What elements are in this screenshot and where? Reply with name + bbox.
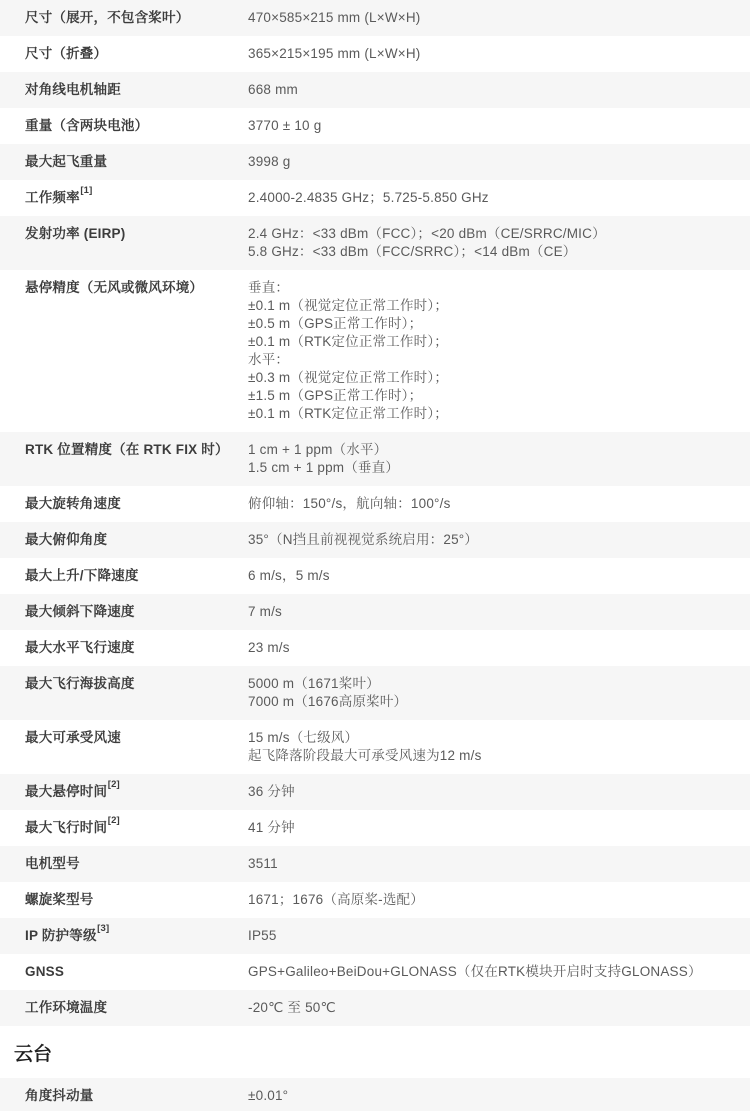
spec-label-cell: 最大飞行时间[2] — [25, 819, 248, 837]
spec-label-cell: 最大可承受风速 — [25, 729, 248, 747]
spec-row: 电机型号3511 — [0, 846, 750, 882]
spec-table-gimbal-specs: 角度抖动量±0.01° — [0, 1078, 750, 1111]
spec-label-cell: 尺寸（展开，不包含桨叶） — [25, 9, 248, 27]
spec-label-cell: 工作频率[1] — [25, 189, 248, 207]
spec-label-cell: RTK 位置精度（在 RTK FIX 时） — [25, 441, 248, 459]
spec-value-cell: 15 m/s（七级风）起飞降落阶段最大可承受风速为12 m/s — [248, 729, 725, 765]
spec-value-line: ±0.5 m（GPS正常工作时）； — [248, 315, 725, 333]
spec-value-line: 2.4 GHz：<33 dBm（FCC）；<20 dBm（CE/SRRC/MIC… — [248, 225, 725, 243]
spec-value-line: 7 m/s — [248, 603, 725, 621]
spec-label: 电机型号 — [25, 856, 80, 871]
spec-value-cell: 2.4 GHz：<33 dBm（FCC）；<20 dBm（CE/SRRC/MIC… — [248, 225, 725, 261]
spec-value-line: 3770 ± 10 g — [248, 117, 725, 135]
spec-label: 发射功率 (EIRP) — [25, 226, 125, 241]
spec-value-cell: -20℃ 至 50℃ — [248, 999, 725, 1017]
spec-label: 最大水平飞行速度 — [25, 640, 135, 655]
spec-value-line: 36 分钟 — [248, 783, 725, 801]
spec-label: 悬停精度（无风或微风环境） — [25, 280, 203, 295]
spec-label-cell: IP 防护等级[3] — [25, 927, 248, 945]
spec-value-line: ±0.1 m（视觉定位正常工作时）； — [248, 297, 725, 315]
spec-value-line: 1 cm + 1 ppm（水平） — [248, 441, 725, 459]
spec-label-cell: 最大上升/下降速度 — [25, 567, 248, 585]
spec-value-line: IP55 — [248, 927, 725, 945]
spec-table-aircraft-specs: 尺寸（展开，不包含桨叶）470×585×215 mm (L×W×H)尺寸（折叠）… — [0, 0, 750, 1026]
spec-value-cell: 3998 g — [248, 153, 725, 171]
spec-value-line: 1.5 cm + 1 ppm（垂直） — [248, 459, 725, 477]
spec-label: 最大悬停时间 — [25, 784, 107, 799]
spec-row: 重量（含两块电池）3770 ± 10 g — [0, 108, 750, 144]
spec-value-cell: 1671；1676（高原桨-选配） — [248, 891, 725, 909]
spec-label: 螺旋桨型号 — [25, 892, 94, 907]
spec-label-cell: 最大悬停时间[2] — [25, 783, 248, 801]
spec-value-line: 水平： — [248, 351, 725, 369]
spec-value-cell: IP55 — [248, 927, 725, 945]
spec-value-line: 起飞降落阶段最大可承受风速为12 m/s — [248, 747, 725, 765]
spec-value-line: 23 m/s — [248, 639, 725, 657]
spec-label-cell: 螺旋桨型号 — [25, 891, 248, 909]
spec-value-line: 15 m/s（七级风） — [248, 729, 725, 747]
spec-value-line: 1671；1676（高原桨-选配） — [248, 891, 725, 909]
spec-value-line: -20℃ 至 50℃ — [248, 999, 725, 1017]
spec-value-cell: 俯仰轴：150°/s，航向轴：100°/s — [248, 495, 725, 513]
spec-row: 悬停精度（无风或微风环境）垂直：±0.1 m（视觉定位正常工作时）；±0.5 m… — [0, 270, 750, 432]
spec-value-line: 365×215×195 mm (L×W×H) — [248, 45, 725, 63]
spec-label-cell: 工作环境温度 — [25, 999, 248, 1017]
spec-value-line: 35°（N挡且前视视觉系统启用：25°） — [248, 531, 725, 549]
spec-label: IP 防护等级 — [25, 928, 97, 943]
spec-label: 最大旋转角速度 — [25, 496, 121, 511]
spec-value-cell: GPS+Galileo+BeiDou+GLONASS（仅在RTK模块开启时支持G… — [248, 963, 725, 981]
spec-value-cell: 垂直：±0.1 m（视觉定位正常工作时）；±0.5 m（GPS正常工作时）；±0… — [248, 279, 725, 423]
spec-value-cell: 7 m/s — [248, 603, 725, 621]
spec-label: 重量（含两块电池） — [25, 118, 148, 133]
spec-row: 最大飞行海拔高度5000 m（1671桨叶）7000 m（1676高原桨叶） — [0, 666, 750, 720]
spec-value-cell: 6 m/s，5 m/s — [248, 567, 725, 585]
spec-row: GNSSGPS+Galileo+BeiDou+GLONASS（仅在RTK模块开启… — [0, 954, 750, 990]
spec-label-cell: 悬停精度（无风或微风环境） — [25, 279, 248, 297]
footnote-marker: [2] — [108, 779, 120, 790]
footnote-marker: [3] — [97, 923, 109, 934]
spec-row: 最大可承受风速15 m/s（七级风）起飞降落阶段最大可承受风速为12 m/s — [0, 720, 750, 774]
spec-value-cell: 470×585×215 mm (L×W×H) — [248, 9, 725, 27]
spec-row: 螺旋桨型号1671；1676（高原桨-选配） — [0, 882, 750, 918]
spec-value-cell: 1 cm + 1 ppm（水平）1.5 cm + 1 ppm（垂直） — [248, 441, 725, 477]
spec-value-cell: 5000 m（1671桨叶）7000 m（1676高原桨叶） — [248, 675, 725, 711]
spec-row: RTK 位置精度（在 RTK FIX 时）1 cm + 1 ppm（水平）1.5… — [0, 432, 750, 486]
spec-row: 尺寸（展开，不包含桨叶）470×585×215 mm (L×W×H) — [0, 0, 750, 36]
spec-label-cell: 最大旋转角速度 — [25, 495, 248, 513]
spec-value-line: 3511 — [248, 855, 725, 873]
spec-label-cell: GNSS — [25, 963, 248, 981]
spec-label-cell: 最大水平飞行速度 — [25, 639, 248, 657]
spec-row: 最大水平飞行速度23 m/s — [0, 630, 750, 666]
spec-label-cell: 最大俯仰角度 — [25, 531, 248, 549]
spec-row: 最大上升/下降速度6 m/s，5 m/s — [0, 558, 750, 594]
spec-label: 最大可承受风速 — [25, 730, 121, 745]
spec-value-line: 6 m/s，5 m/s — [248, 567, 725, 585]
spec-row: 最大悬停时间[2]36 分钟 — [0, 774, 750, 810]
spec-value-cell: 3770 ± 10 g — [248, 117, 725, 135]
spec-value-line: 5000 m（1671桨叶） — [248, 675, 725, 693]
spec-value-line: 2.4000-2.4835 GHz；5.725-5.850 GHz — [248, 189, 725, 207]
spec-label: 最大倾斜下降速度 — [25, 604, 135, 619]
spec-row: 角度抖动量±0.01° — [0, 1078, 750, 1111]
footnote-marker: [2] — [108, 815, 120, 826]
spec-label: 工作频率 — [25, 190, 80, 205]
spec-value-line: ±1.5 m（GPS正常工作时）； — [248, 387, 725, 405]
spec-label-cell: 对角线电机轴距 — [25, 81, 248, 99]
spec-label-cell: 最大起飞重量 — [25, 153, 248, 171]
spec-label: GNSS — [25, 964, 64, 979]
spec-row: 最大起飞重量3998 g — [0, 144, 750, 180]
spec-value-line: ±0.1 m（RTK定位正常工作时）； — [248, 333, 725, 351]
spec-label-cell: 尺寸（折叠） — [25, 45, 248, 63]
spec-value-cell: 36 分钟 — [248, 783, 725, 801]
spec-label: 尺寸（展开，不包含桨叶） — [25, 10, 189, 25]
spec-row: 工作环境温度-20℃ 至 50℃ — [0, 990, 750, 1026]
spec-value-cell: 668 mm — [248, 81, 725, 99]
spec-value-cell: 35°（N挡且前视视觉系统启用：25°） — [248, 531, 725, 549]
spec-value-line: 垂直： — [248, 279, 725, 297]
spec-label: 工作环境温度 — [25, 1000, 107, 1015]
spec-row: 最大飞行时间[2]41 分钟 — [0, 810, 750, 846]
spec-value-line: 470×585×215 mm (L×W×H) — [248, 9, 725, 27]
spec-value-cell: 365×215×195 mm (L×W×H) — [248, 45, 725, 63]
spec-label-cell: 发射功率 (EIRP) — [25, 225, 248, 243]
spec-row: 最大俯仰角度35°（N挡且前视视觉系统启用：25°） — [0, 522, 750, 558]
spec-value-line: 668 mm — [248, 81, 725, 99]
spec-label: 最大俯仰角度 — [25, 532, 107, 547]
spec-row: 工作频率[1]2.4000-2.4835 GHz；5.725-5.850 GHz — [0, 180, 750, 216]
spec-value-cell: ±0.01° — [248, 1087, 725, 1105]
spec-value-cell: 23 m/s — [248, 639, 725, 657]
spec-label: 角度抖动量 — [25, 1088, 94, 1103]
spec-row: 对角线电机轴距668 mm — [0, 72, 750, 108]
spec-row: 发射功率 (EIRP)2.4 GHz：<33 dBm（FCC）；<20 dBm（… — [0, 216, 750, 270]
spec-label-cell: 角度抖动量 — [25, 1087, 248, 1105]
spec-label: 尺寸（折叠） — [25, 46, 107, 61]
spec-value-line: ±0.3 m（视觉定位正常工作时）； — [248, 369, 725, 387]
spec-row: 最大倾斜下降速度7 m/s — [0, 594, 750, 630]
spec-value-line: 俯仰轴：150°/s，航向轴：100°/s — [248, 495, 725, 513]
spec-value-line: 41 分钟 — [248, 819, 725, 837]
spec-value-cell: 3511 — [248, 855, 725, 873]
spec-row: 尺寸（折叠）365×215×195 mm (L×W×H) — [0, 36, 750, 72]
spec-value-cell: 2.4000-2.4835 GHz；5.725-5.850 GHz — [248, 189, 725, 207]
spec-label: 对角线电机轴距 — [25, 82, 121, 97]
spec-value-line: GPS+Galileo+BeiDou+GLONASS（仅在RTK模块开启时支持G… — [248, 963, 725, 981]
spec-page: 尺寸（展开，不包含桨叶）470×585×215 mm (L×W×H)尺寸（折叠）… — [0, 0, 750, 1111]
spec-label: 最大飞行时间 — [25, 820, 107, 835]
spec-label-cell: 重量（含两块电池） — [25, 117, 248, 135]
spec-value-line: ±0.01° — [248, 1087, 725, 1105]
spec-value-line: ±0.1 m（RTK定位正常工作时）； — [248, 405, 725, 423]
footnote-marker: [1] — [80, 185, 92, 196]
spec-label-cell: 最大倾斜下降速度 — [25, 603, 248, 621]
spec-row: 最大旋转角速度俯仰轴：150°/s，航向轴：100°/s — [0, 486, 750, 522]
spec-value-line: 7000 m（1676高原桨叶） — [248, 693, 725, 711]
spec-label: 最大飞行海拔高度 — [25, 676, 135, 691]
spec-value-line: 3998 g — [248, 153, 725, 171]
spec-row: IP 防护等级[3]IP55 — [0, 918, 750, 954]
spec-label: 最大起飞重量 — [25, 154, 107, 169]
spec-label-cell: 最大飞行海拔高度 — [25, 675, 248, 693]
spec-value-cell: 41 分钟 — [248, 819, 725, 837]
spec-label-cell: 电机型号 — [25, 855, 248, 873]
spec-label: 最大上升/下降速度 — [25, 568, 139, 583]
section-heading-gimbal-specs: 云台 — [0, 1042, 750, 1068]
spec-value-line: 5.8 GHz：<33 dBm（FCC/SRRC）；<14 dBm（CE） — [248, 243, 725, 261]
spec-label: RTK 位置精度（在 RTK FIX 时） — [25, 442, 229, 457]
